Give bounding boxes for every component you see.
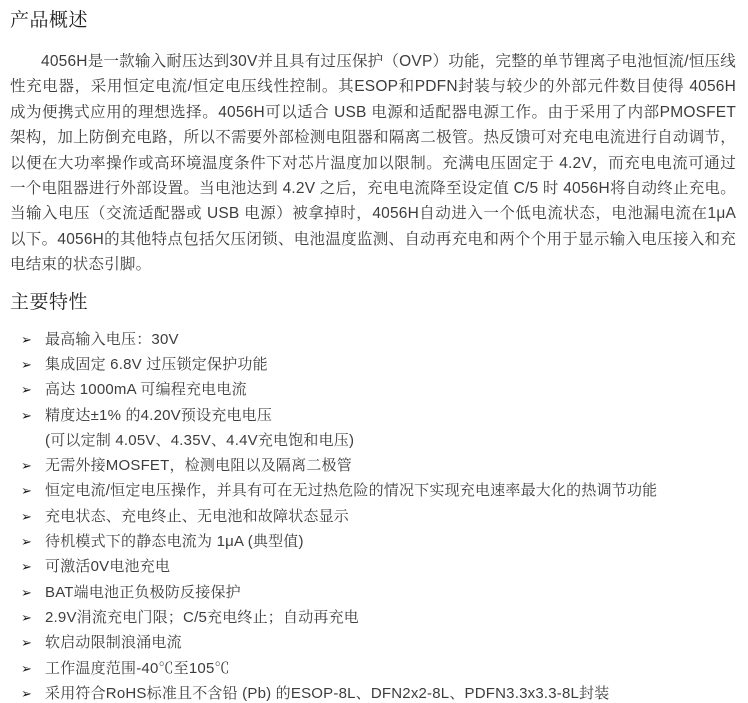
- feature-text: 2.9V涓流充电门限；C/5充电终止；自动再充电: [45, 605, 736, 630]
- feature-item: ➢ 恒定电流/恒定电压操作，并具有可在无过热危险的情况下实现充电速率最大化的热调…: [10, 478, 736, 503]
- arrow-bullet-icon: ➢: [10, 327, 45, 352]
- feature-item: ➢ 待机模式下的静态电流为 1μA (典型值): [10, 529, 736, 554]
- feature-text: 软启动限制浪涌电流: [45, 630, 736, 655]
- feature-text: 充电状态、充电终止、无电池和故障状态显示: [45, 504, 736, 529]
- feature-item: ➢ 2.9V涓流充电门限；C/5充电终止；自动再充电: [10, 605, 736, 630]
- arrow-bullet-icon: ➢: [10, 352, 45, 377]
- feature-text: 集成固定 6.8V 过压锁定保护功能: [45, 352, 736, 377]
- features-section-heading: 主要特性: [10, 291, 736, 314]
- feature-item: ➢ 软启动限制浪涌电流: [10, 630, 736, 655]
- feature-item: ➢ 充电状态、充电终止、无电池和故障状态显示: [10, 504, 736, 529]
- arrow-bullet-icon: ➢: [10, 630, 45, 655]
- feature-item: ➢ 最高输入电压：30V: [10, 327, 736, 352]
- feature-text: 最高输入电压：30V: [45, 327, 736, 352]
- arrow-bullet-icon: ➢: [10, 377, 45, 402]
- feature-text: 精度达±1% 的4.20V预设充电电压 (可以定制 4.05V、4.35V、4.…: [45, 403, 736, 454]
- feature-item: ➢ 无需外接MOSFET，检测电阻以及隔离二极管: [10, 453, 736, 478]
- arrow-bullet-icon: ➢: [10, 580, 45, 605]
- feature-item: ➢ 工作温度范围-40℃至105℃: [10, 656, 736, 681]
- feature-text: 无需外接MOSFET，检测电阻以及隔离二极管: [45, 453, 736, 478]
- feature-note: (可以定制 4.05V、4.35V、4.4V充电饱和电压): [45, 432, 354, 449]
- arrow-bullet-icon: ➢: [10, 504, 45, 529]
- feature-text: 待机模式下的静态电流为 1μA (典型值): [45, 529, 736, 554]
- arrow-bullet-icon: ➢: [10, 681, 45, 703]
- datasheet-page: 产品概述 4056H是一款输入耐压达到30V并且具有过压保护（OVP）功能，完整…: [0, 0, 748, 703]
- feature-text: 可激活0V电池充电: [45, 554, 736, 579]
- feature-text: 工作温度范围-40℃至105℃: [45, 656, 736, 681]
- arrow-bullet-icon: ➢: [10, 605, 45, 630]
- feature-item: ➢ 可激活0V电池充电: [10, 554, 736, 579]
- overview-section-heading: 产品概述: [10, 9, 736, 32]
- feature-item: ➢ 集成固定 6.8V 过压锁定保护功能: [10, 352, 736, 377]
- feature-text-line: 精度达±1% 的4.20V预设充电电压: [45, 407, 272, 424]
- arrow-bullet-icon: ➢: [10, 554, 45, 579]
- arrow-bullet-icon: ➢: [10, 656, 45, 681]
- feature-item: ➢ 精度达±1% 的4.20V预设充电电压 (可以定制 4.05V、4.35V、…: [10, 403, 736, 454]
- overview-paragraph: 4056H是一款输入耐压达到30V并且具有过压保护（OVP）功能，完整的单节锂离…: [10, 49, 736, 278]
- feature-text: 采用符合RoHS标准且不含铅 (Pb) 的ESOP-8L、DFN2x2-8L、P…: [45, 681, 736, 703]
- arrow-bullet-icon: ➢: [10, 478, 45, 503]
- feature-item: ➢ 高达 1000mA 可编程充电电流: [10, 377, 736, 402]
- feature-text: 高达 1000mA 可编程充电电流: [45, 377, 736, 402]
- arrow-bullet-icon: ➢: [10, 403, 45, 428]
- feature-list: ➢ 最高输入电压：30V ➢ 集成固定 6.8V 过压锁定保护功能 ➢ 高达 1…: [10, 327, 736, 703]
- feature-text: 恒定电流/恒定电压操作，并具有可在无过热危险的情况下实现充电速率最大化的热调节功…: [45, 478, 736, 503]
- arrow-bullet-icon: ➢: [10, 453, 45, 478]
- feature-item: ➢ BAT端电池正负极防反接保护: [10, 580, 736, 605]
- feature-text: BAT端电池正负极防反接保护: [45, 580, 736, 605]
- arrow-bullet-icon: ➢: [10, 529, 45, 554]
- feature-item: ➢ 采用符合RoHS标准且不含铅 (Pb) 的ESOP-8L、DFN2x2-8L…: [10, 681, 736, 703]
